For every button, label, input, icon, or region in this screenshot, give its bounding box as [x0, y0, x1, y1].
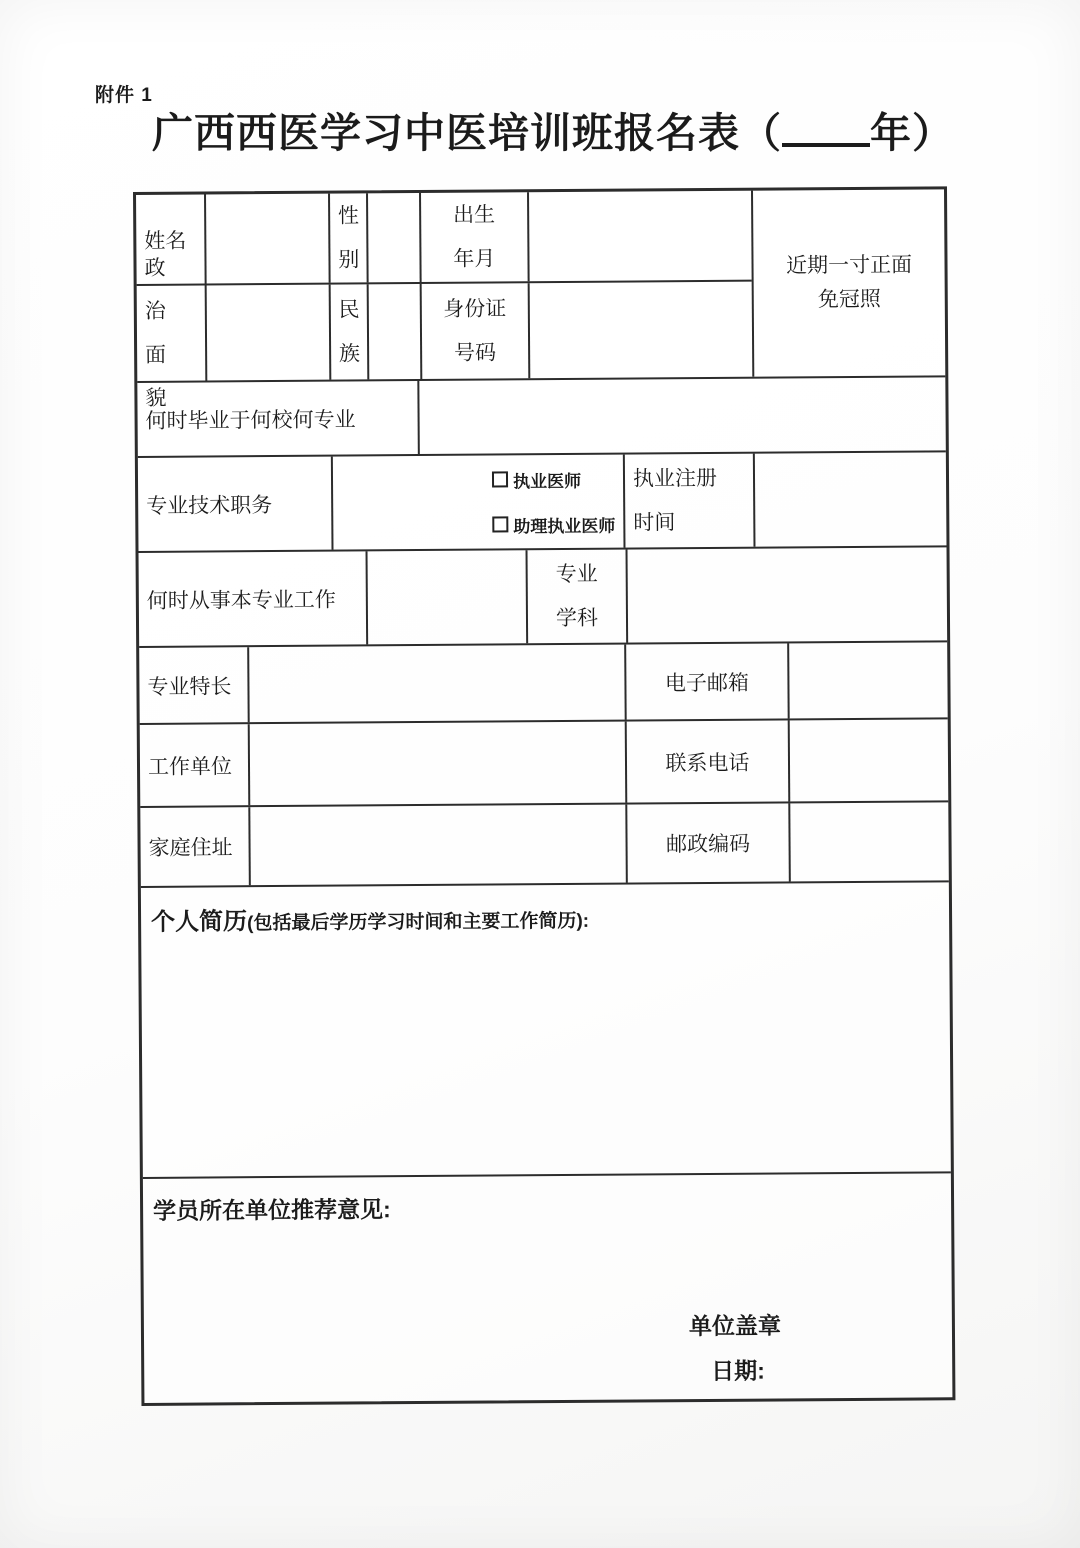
subject-value-cell[interactable] — [628, 547, 948, 642]
form-title: 广西西医学习中医培训班报名表（年） — [152, 100, 954, 159]
assistant-doctor-option[interactable]: 助理执业医师 — [492, 501, 615, 547]
email-label: 电子邮箱 — [665, 666, 749, 697]
subject-label-cell: 专业学科 — [528, 550, 629, 644]
address-value-cell[interactable] — [250, 805, 628, 886]
postcode-label: 邮政编码 — [666, 828, 750, 859]
registration-time-label-cell: 执业注册时间 — [625, 454, 756, 548]
ethnicity-label-cell: 民族 — [331, 284, 370, 379]
address-label: 家庭住址 — [140, 831, 232, 862]
political-value-cell[interactable] — [206, 285, 331, 381]
employer-label: 工作单位 — [140, 750, 232, 781]
graduation-label: 何时毕业于何校何专业 — [137, 403, 355, 435]
phone-label-cell: 联系电话 — [627, 720, 791, 802]
phone-value-cell[interactable] — [790, 719, 949, 801]
work-start-label: 何时从事本专业工作 — [139, 583, 336, 614]
specialty-value-cell[interactable] — [249, 645, 627, 723]
photo-note: 近期一寸正面免冠照 — [782, 249, 916, 317]
gender-label-cell: 性别 — [330, 193, 368, 282]
ethnicity-label: 民族 — [331, 289, 367, 375]
postcode-value-cell[interactable] — [790, 802, 949, 881]
checkbox-icon[interactable] — [492, 516, 508, 532]
row-employer: 工作单位 联系电话 — [140, 719, 949, 808]
photo-cell: 近期一寸正面免冠照 — [753, 189, 945, 376]
row-recommendation: 学员所在单位推荐意见: 单位盖章 日期: — [143, 1173, 953, 1403]
id-number-label: 身份证号码 — [440, 288, 510, 375]
email-value-cell[interactable] — [789, 642, 948, 718]
name-value-cell[interactable] — [206, 194, 331, 284]
id-value-cell[interactable] — [529, 282, 752, 379]
address-label-cell: 家庭住址 — [140, 807, 251, 886]
stamp-label: 单位盖章 — [689, 1308, 781, 1342]
row-resume: 个人简历(包括最后学历学习时间和主要工作简历): — [141, 882, 951, 1179]
birth-date-label: 出生年月 — [451, 194, 498, 280]
row-specialty: 专业特长 电子邮箱 — [139, 642, 948, 725]
subject-label: 专业学科 — [553, 553, 600, 639]
resume-section[interactable]: 个人简历(包括最后学历学习时间和主要工作简历): — [141, 882, 951, 1177]
employer-value-cell[interactable] — [250, 722, 628, 806]
resume-heading: 个人简历 — [151, 908, 247, 936]
row-name: 姓名 性别 出生年月 — [136, 191, 752, 286]
political-label-cell: 政治面貌 — [137, 285, 207, 380]
tech-title-value-cell[interactable]: 执业医师 助理执业医师 — [333, 455, 626, 550]
row-address: 家庭住址 邮政编码 — [140, 802, 949, 888]
row-work-start: 何时从事本专业工作 专业学科 — [139, 547, 948, 648]
graduation-value-cell[interactable] — [419, 377, 945, 454]
form-title-prefix: 广西西医学习中医培训班报名表（ — [152, 110, 782, 156]
work-start-label-cell: 何时从事本专业工作 — [139, 551, 369, 646]
attachment-label: 附件 1 — [95, 80, 153, 107]
tech-title-label-cell: 专业技术职务 — [138, 457, 334, 551]
form-title-suffix: 年） — [870, 110, 954, 156]
row-graduation: 何时毕业于何校何专业 — [137, 377, 946, 458]
gender-value-cell[interactable] — [368, 193, 421, 282]
licensed-doctor-option[interactable]: 执业医师 — [492, 456, 615, 502]
assistant-doctor-label: 助理执业医师 — [513, 511, 615, 537]
row-tech-title: 专业技术职务 执业医师 助理执业医师 执业注册时间 — [138, 452, 947, 553]
registration-form-table: 姓名 性别 出生年月 政治面貌 民族 身份证号码 近期一寸正面免冠照 — [133, 186, 955, 1406]
recommendation-section[interactable]: 学员所在单位推荐意见: 单位盖章 日期: — [143, 1173, 953, 1403]
scanned-form-page: 附件 1 广西西医学习中医培训班报名表（年） 姓名 性别 出生年月 政治面貌 民… — [0, 0, 1080, 1548]
title-year-blank[interactable] — [782, 143, 870, 147]
registration-time-label: 执业注册时间 — [625, 457, 738, 544]
licensed-doctor-label: 执业医师 — [513, 466, 581, 491]
employer-label-cell: 工作单位 — [140, 724, 251, 806]
work-start-value-cell[interactable] — [368, 550, 529, 644]
email-label-cell: 电子邮箱 — [626, 643, 790, 719]
specialty-label-cell: 专业特长 — [139, 647, 250, 723]
graduation-label-cell: 何时毕业于何校何专业 — [137, 381, 420, 456]
row-political: 政治面貌 民族 身份证号码 — [137, 282, 753, 381]
postcode-label-cell: 邮政编码 — [627, 803, 791, 882]
specialty-label: 专业特长 — [139, 670, 231, 701]
identity-grid: 姓名 性别 出生年月 政治面貌 民族 身份证号码 — [136, 191, 754, 381]
ethnicity-value-cell[interactable] — [369, 284, 422, 379]
date-label: 日期: — [711, 1353, 765, 1386]
birth-label-cell: 出生年月 — [421, 192, 529, 282]
recommendation-heading: 学员所在单位推荐意见: — [153, 1196, 391, 1224]
tech-title-label: 专业技术职务 — [138, 489, 272, 520]
checkbox-icon[interactable] — [492, 471, 508, 487]
license-checkbox-group: 执业医师 助理执业医师 — [492, 456, 616, 547]
resume-note: (包括最后学历学习时间和主要工作简历): — [247, 911, 589, 934]
phone-label: 联系电话 — [665, 746, 749, 777]
birth-value-cell[interactable] — [529, 191, 752, 282]
id-label-cell: 身份证号码 — [422, 283, 530, 379]
registration-time-value-cell[interactable] — [755, 452, 947, 546]
row-identity: 姓名 性别 出生年月 政治面貌 民族 身份证号码 近期一寸正面免冠照 — [136, 189, 945, 383]
gender-label: 性别 — [330, 195, 366, 281]
